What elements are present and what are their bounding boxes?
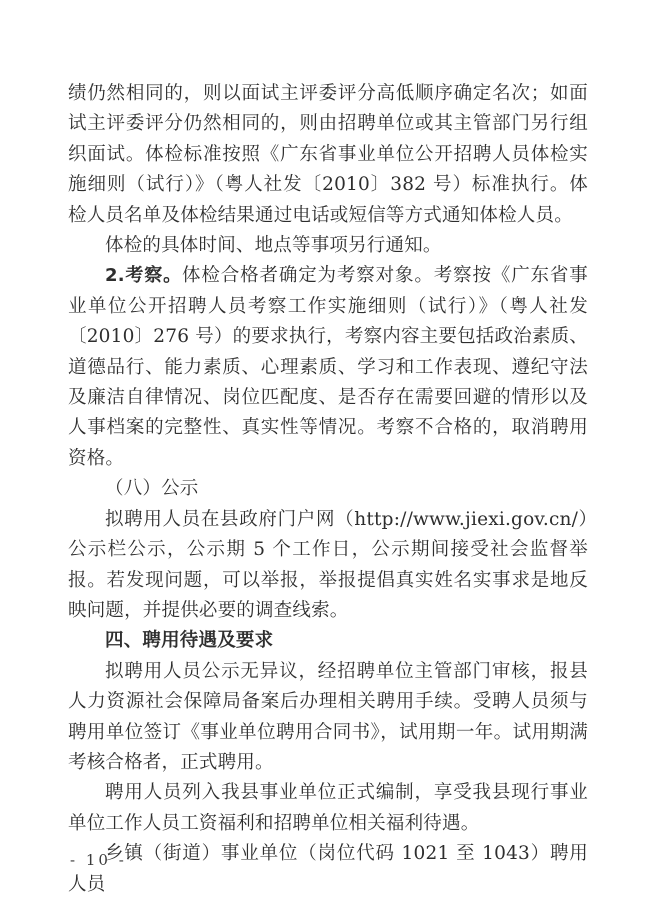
paragraph-text: 体检合格者确定为考察对象。考察按《广东省事业单位公开招聘人员考察工作实施细则（试…	[68, 265, 588, 468]
paragraph: 乡镇（街道）事业单位（岗位代码 1021 至 1043）聘用人员	[68, 839, 588, 900]
paragraph: 体检的具体时间、地点等事项另行通知。	[68, 231, 588, 261]
item-number-lead: 2.考察。	[105, 265, 182, 286]
paragraph: 拟聘用人员公示无异议，经招聘单位主管部门审核，报县人力资源社会保障局备案后办理相…	[68, 657, 588, 779]
paragraph-numbered-item: 2.考察。体检合格者确定为考察对象。考察按《广东省事业单位公开招聘人员考察工作实…	[68, 261, 588, 474]
paragraph: 拟聘用人员在县政府门户网（http://www.jiexi.gov.cn/）公示…	[68, 505, 588, 627]
document-body: 绩仍然相同的，则以面试主评委评分高低顺序确定名次；如面试主评委评分仍然相同的，则…	[68, 79, 588, 900]
subsection-heading: （八）公示	[68, 474, 588, 504]
page-number: - 10 -	[70, 849, 127, 871]
section-heading: 四、聘用待遇及要求	[68, 626, 588, 656]
document-page: 绩仍然相同的，则以面试主评委评分高低顺序确定名次；如面试主评委评分仍然相同的，则…	[0, 0, 650, 919]
paragraph: 聘用人员列入我县事业单位正式编制，享受我县现行事业单位工作人员工资福利和招聘单位…	[68, 778, 588, 839]
paragraph-continuation: 绩仍然相同的，则以面试主评委评分高低顺序确定名次；如面试主评委评分仍然相同的，则…	[68, 79, 588, 231]
